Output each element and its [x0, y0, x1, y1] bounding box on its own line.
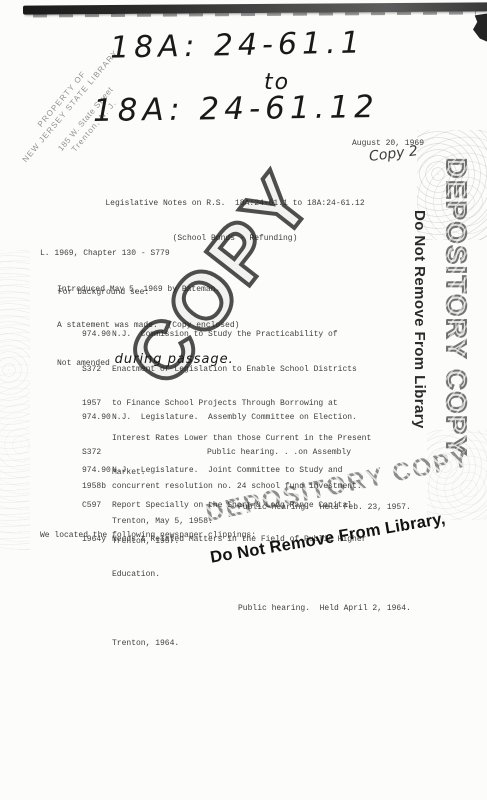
entry-location-line: Trenton, 1964. — [112, 638, 412, 650]
closing-line: We located the following newspaper clipp… — [40, 530, 256, 542]
entry-line: Education. — [112, 569, 412, 581]
scanned-document-page: PROPERTY OF NEW JERSEY STATE LIBRARY 185… — [0, 0, 487, 800]
do-not-remove-vertical-stamp: Do Not Remove From Library — [411, 210, 428, 429]
scan-corner-artifact — [473, 13, 487, 43]
handwritten-statute-range-line1: 18A: 24-61.1 — [110, 25, 365, 65]
scan-edge-artifact — [23, 2, 487, 14]
handwritten-statute-range-line2: 18A: 24-61.12 — [93, 89, 379, 129]
depository-copy-vertical-stamp: DEPOSITORY COPY — [440, 158, 472, 457]
background-heading: For background see: — [58, 287, 149, 299]
scan-noise — [0, 250, 30, 550]
entry-line: N.J. Legislature. Assembly Committee on … — [112, 412, 412, 424]
entry-hearing-line: Public hearing. Held April 2, 1964. — [112, 603, 412, 615]
